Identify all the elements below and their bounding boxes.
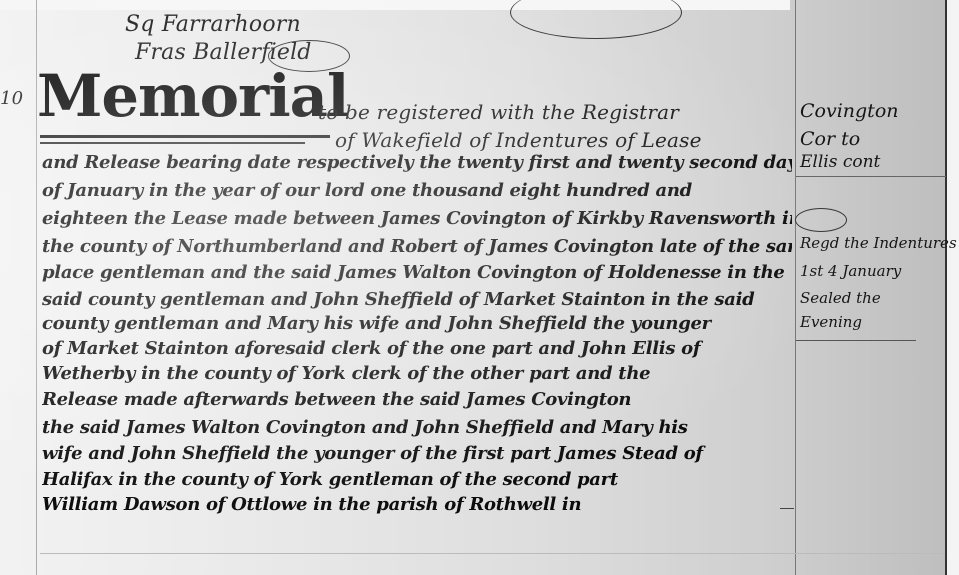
body-line: said county gentleman and John Sheffield… — [42, 289, 792, 310]
margin-note-divider — [796, 176, 946, 177]
document-page: 10 Sq Farrarhoorn Fras Ballerfield Memor… — [0, 0, 959, 575]
line-end-dash — [780, 508, 794, 509]
body-line: county gentleman and Mary his wife and J… — [42, 313, 792, 334]
margin-entry-number: 10 — [0, 88, 23, 109]
title-underline — [40, 135, 330, 138]
body-line: of Market Stainton aforesaid clerk of th… — [42, 338, 792, 359]
heading-line-2: of Wakefield of Indentures of Lease — [335, 128, 702, 152]
body-line: of January in the year of our lord one t… — [42, 180, 792, 201]
body-line: eighteen the Lease made between James Co… — [42, 208, 792, 229]
body-line: Release made afterwards between the said… — [42, 389, 792, 410]
scan-border — [947, 0, 959, 575]
margin-note-regd: Regd the Indentures — [800, 234, 957, 252]
signatory-1: Sq Farrarhoorn — [125, 12, 301, 37]
body-line: wife and John Sheffield the younger of t… — [42, 443, 792, 464]
margin-note-cor-to: Cor to — [800, 128, 860, 150]
heading-line-1: to be registered with the Registrar — [318, 100, 679, 124]
document-title: Memorial — [37, 62, 348, 130]
title-underline-secondary — [40, 142, 305, 144]
body-line: Wetherby in the county of York clerk of … — [42, 363, 792, 384]
ruled-line-bottom — [40, 553, 945, 554]
margin-note-divider-lower — [796, 340, 916, 341]
body-line: Halifax in the county of York gentleman … — [42, 469, 792, 490]
body-line: the said James Walton Covington and John… — [42, 417, 792, 438]
body-line: William Dawson of Ottlowe in the parish … — [42, 494, 782, 515]
body-line: and Release bearing date respectively th… — [42, 152, 792, 173]
margin-note-ellis: Ellis cont — [800, 152, 880, 172]
body-line: the county of Northumberland and Robert … — [42, 236, 792, 257]
body-line: place gentleman and the said James Walto… — [42, 262, 792, 283]
margin-note-evening: Evening — [800, 313, 862, 331]
margin-note-covington: Covington — [800, 100, 899, 122]
flourish-margin-note — [795, 208, 847, 232]
margin-note-date: 1st 4 January — [800, 262, 901, 280]
flourish-top — [510, 0, 682, 39]
right-margin-rule — [795, 0, 796, 575]
margin-note-sealed: Sealed the — [800, 289, 881, 307]
